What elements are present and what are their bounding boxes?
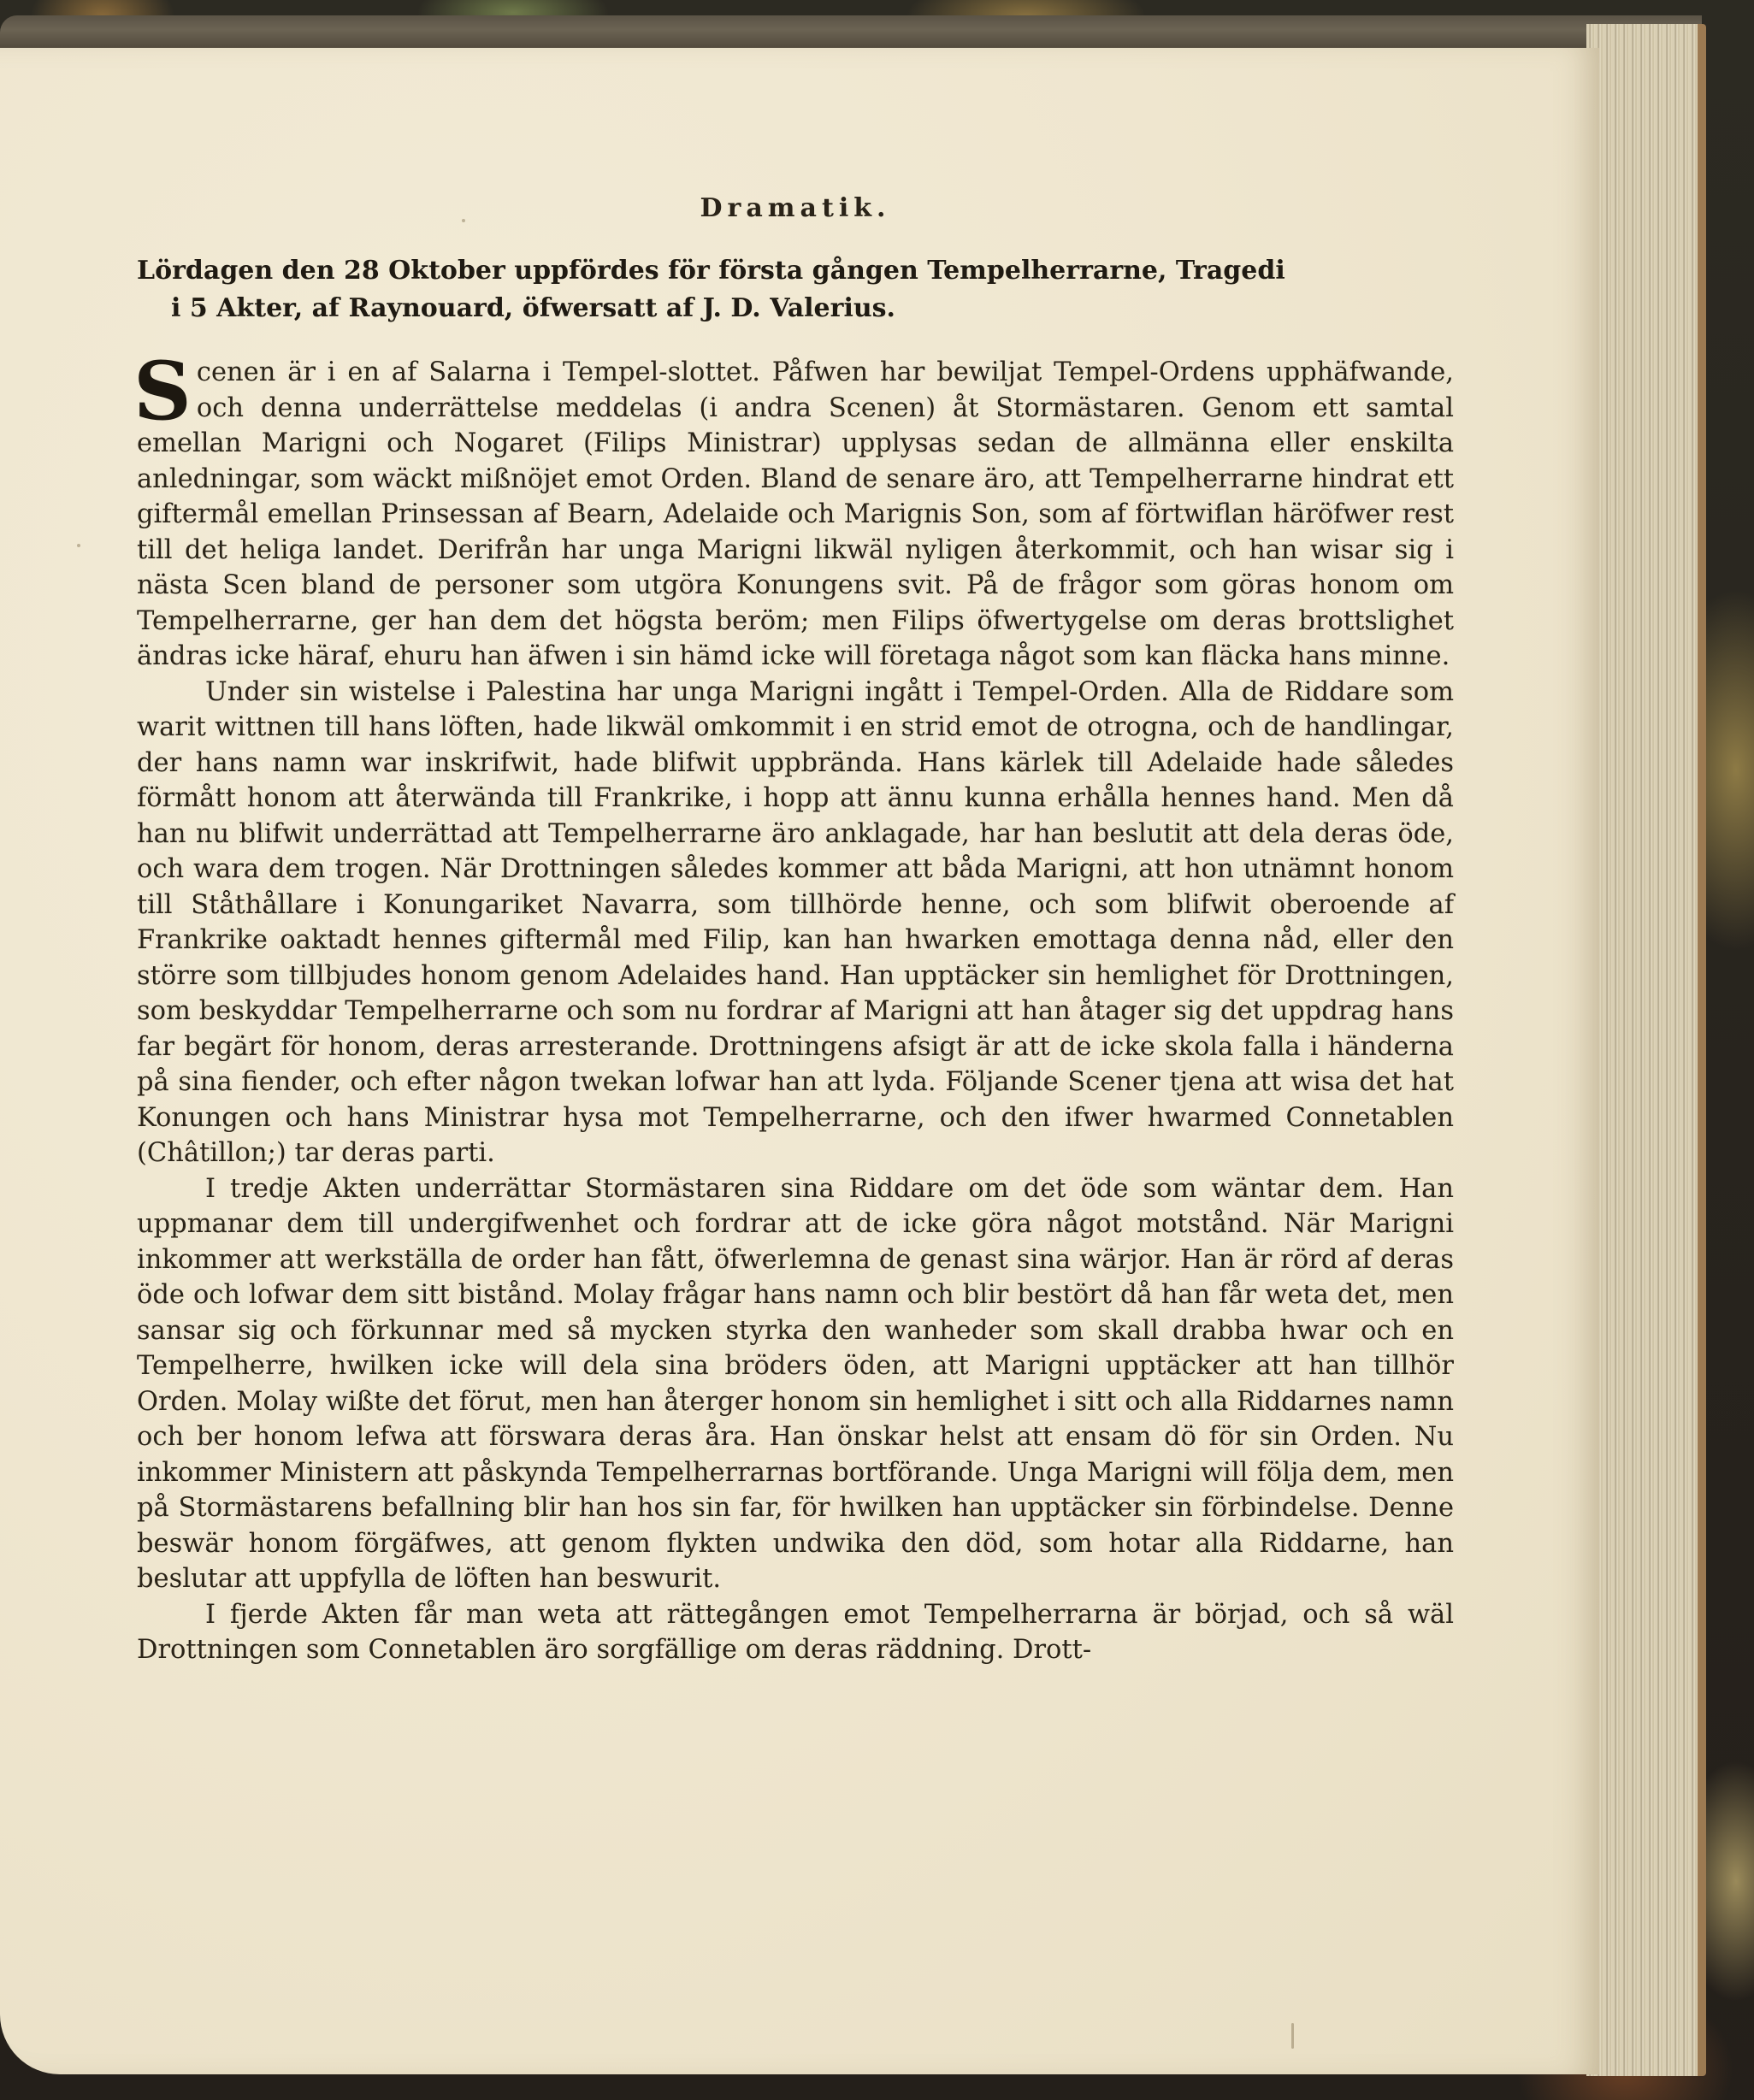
performance-intro: Lördagen den 28 Oktober uppfördes för fö… <box>137 252 1454 327</box>
book-binding-edge <box>0 15 1702 51</box>
paragraph-2: Under sin wistelse i Palestina har unga … <box>137 675 1454 1171</box>
paragraph-3: I tredje Akten underrättar Stormästaren … <box>137 1171 1454 1597</box>
paragraph-2-text: Under sin wistelse i Palestina har unga … <box>137 677 1454 1169</box>
paragraph-4: I fjerde Akten får man weta att rättegån… <box>137 1597 1454 1668</box>
page-fore-edge <box>1586 24 1706 2076</box>
section-title: Dramatik. <box>137 193 1454 223</box>
drop-cap: S <box>133 358 192 425</box>
paragraph-1: Scenen är i en af Salarna i Tempel-slott… <box>137 355 1454 675</box>
intro-line-1: Lördagen den 28 Oktober uppfördes för fö… <box>137 256 1285 286</box>
paragraph-3-text: I tredje Akten underrättar Stormästaren … <box>137 1174 1454 1595</box>
page-content: Dramatik. Lördagen den 28 Oktober uppför… <box>137 193 1454 1668</box>
paragraph-1-text: cenen är i en af Salarna i Tempel-slotte… <box>137 357 1454 671</box>
intro-line-2: i 5 Akter, af Raynouard, öfwersatt af J.… <box>137 290 1454 327</box>
paragraph-4-text: I fjerde Akten får man weta att rättegån… <box>137 1600 1454 1666</box>
book-page: Dramatik. Lördagen den 28 Oktober uppför… <box>0 48 1599 2074</box>
paper-speck <box>1214 869 1218 872</box>
paper-speck <box>77 544 80 547</box>
paper-speck <box>1291 2023 1294 2049</box>
paper-speck <box>462 219 465 222</box>
